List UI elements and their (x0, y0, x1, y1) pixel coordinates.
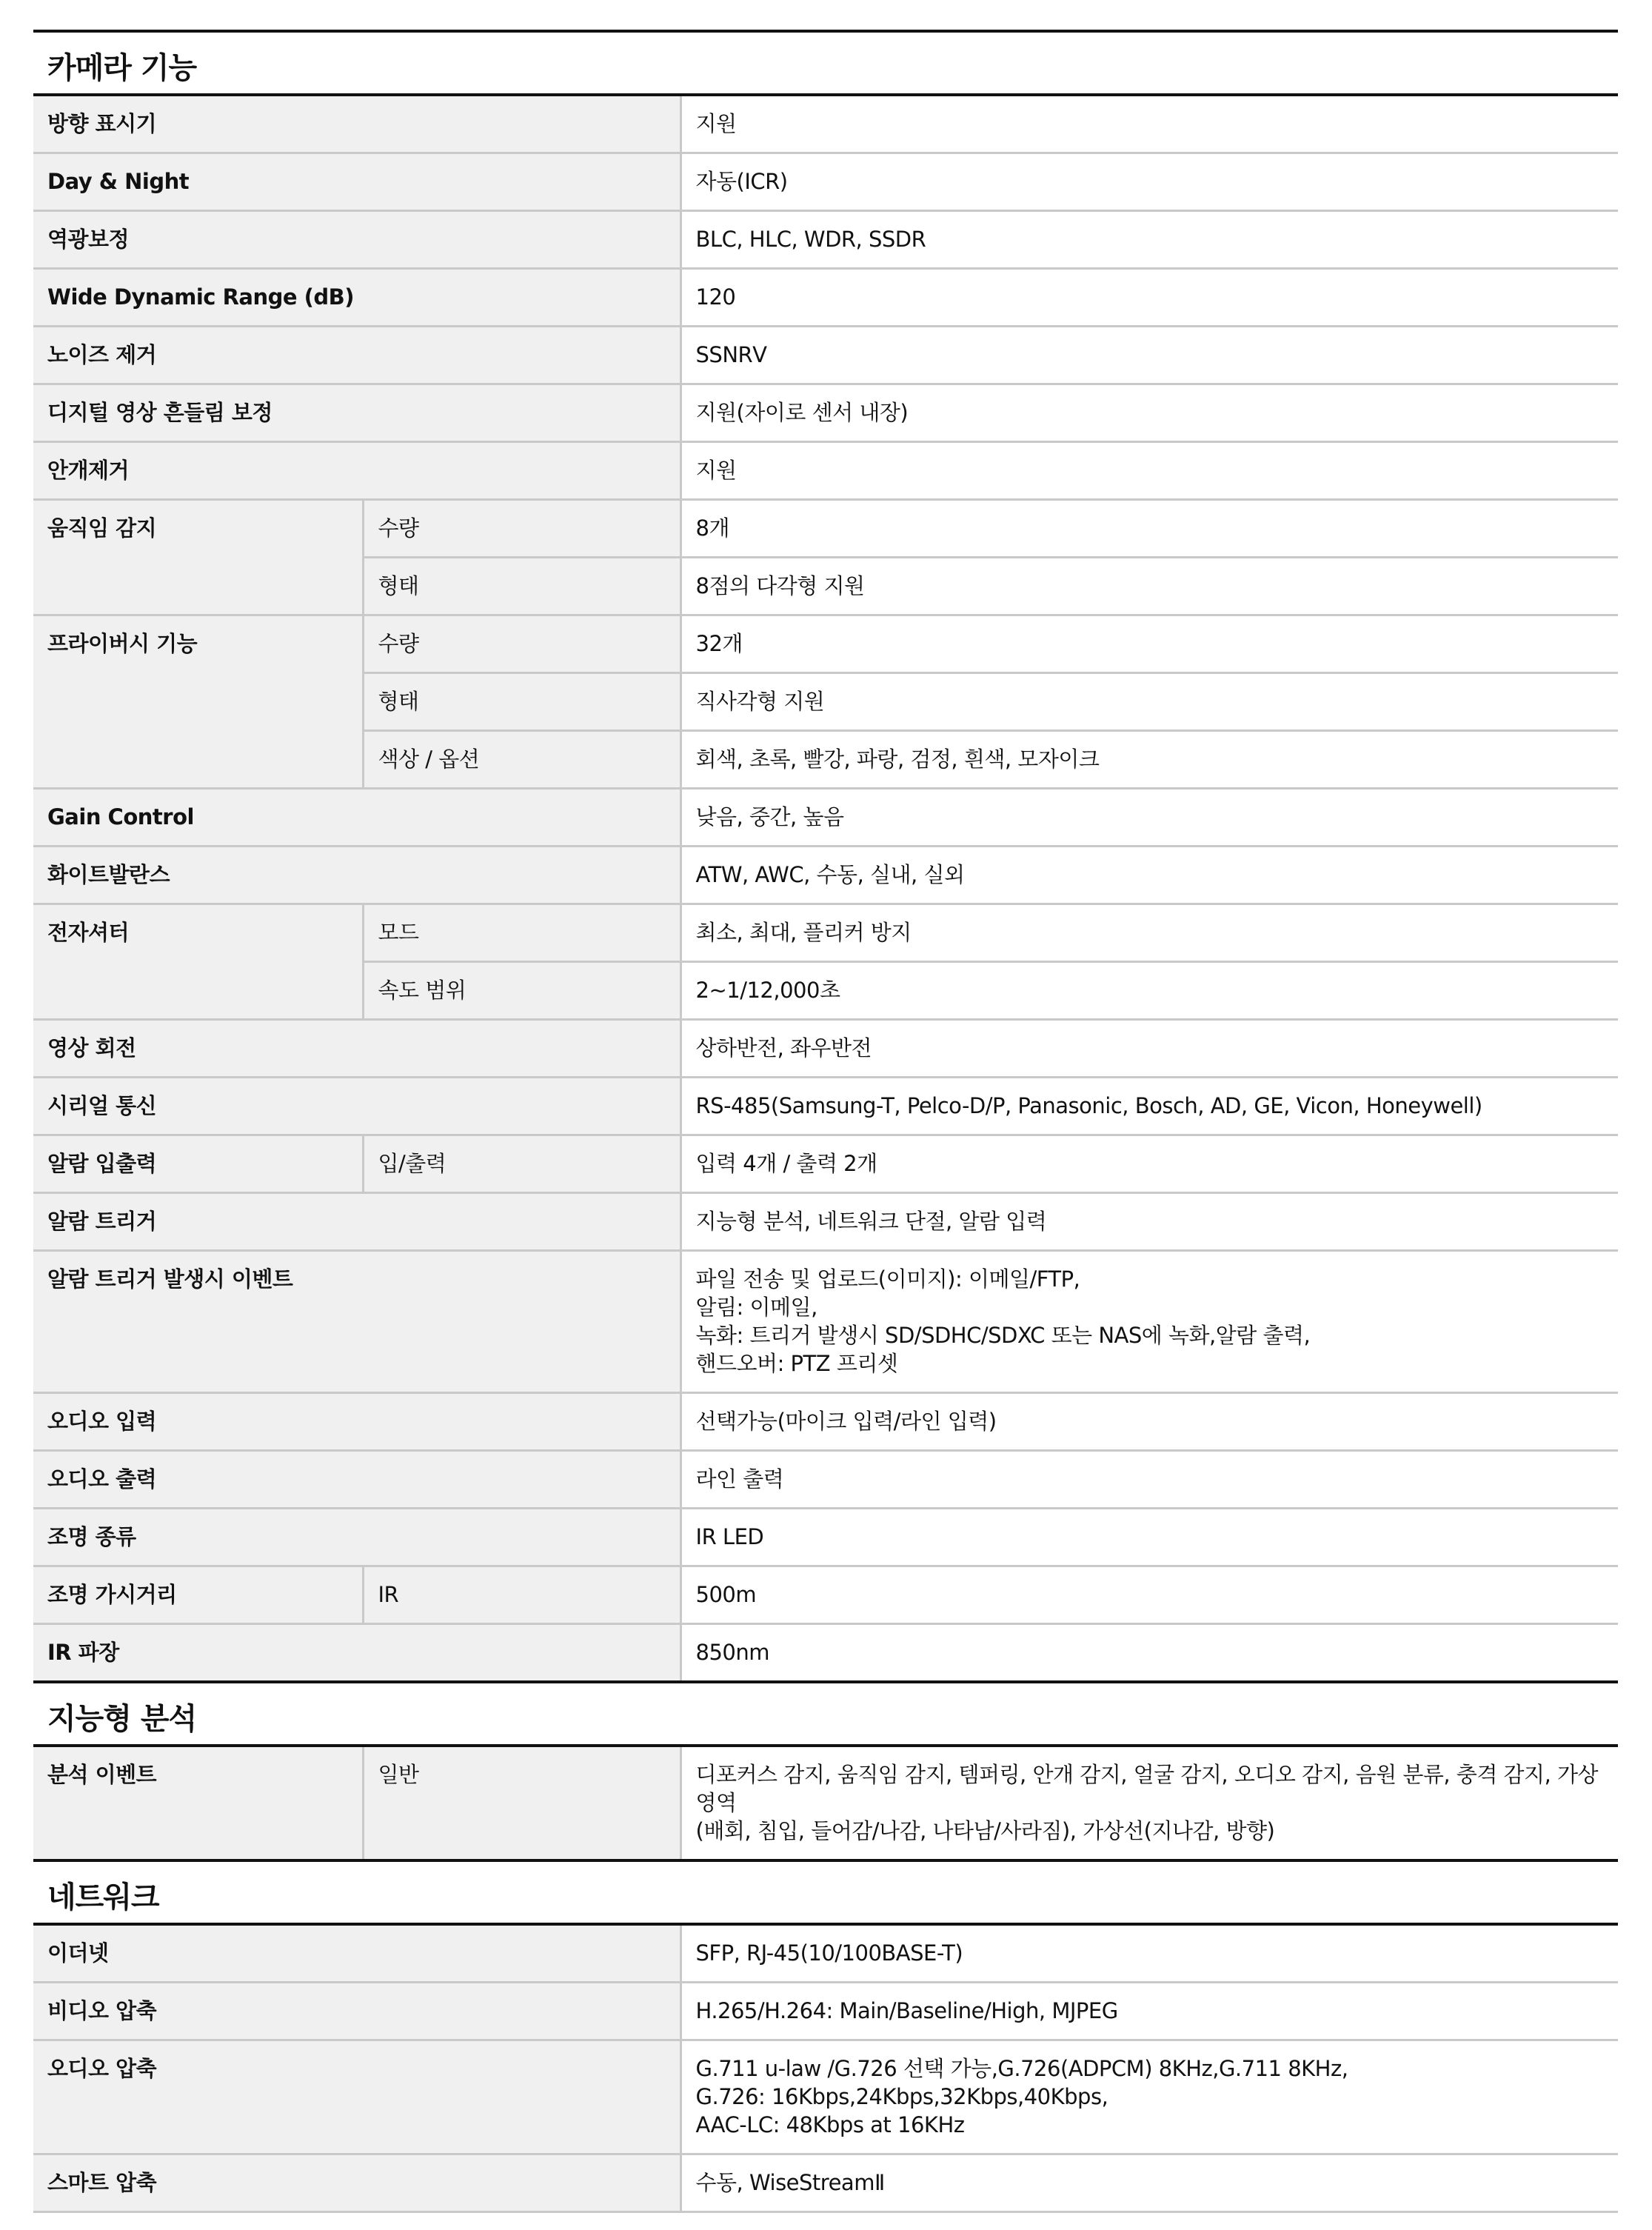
spec-value-line: G.726: 16Kbps,24Kbps,32Kbps,40Kbps, (696, 2083, 1605, 2111)
spec-value-line: ATW, AWC, 수동, 실내, 실외 (696, 861, 1605, 889)
spec-label: 방향 표시기 (33, 96, 680, 153)
spec-row: 비디오 압축H.265/H.264: Main/Baseline/High, M… (33, 1983, 1618, 2040)
spec-value-line: BLC, HLC, WDR, SSDR (696, 225, 1605, 253)
spec-row: 노이즈 제거SSNRⅤ (33, 327, 1618, 384)
spec-value: 8개 (680, 500, 1618, 558)
spec-sublabel: 형태 (363, 673, 680, 731)
spec-label: 역광보정 (33, 211, 680, 269)
spec-label: 노이즈 제거 (33, 327, 680, 384)
spec-label: Wide Dynamic Range (dB) (33, 269, 680, 327)
spec-value: 2~1/12,000초 (680, 962, 1618, 1020)
spec-value: 최소, 최대, 플리커 방지 (680, 904, 1618, 962)
spec-value-line: 낮음, 중간, 높음 (696, 803, 1605, 831)
spec-value-line: 120 (696, 283, 1605, 311)
spec-value-line: 8개 (696, 514, 1605, 542)
spec-value-line: 자동(ICR) (696, 167, 1605, 196)
spec-label: 비디오 압축 (33, 1983, 680, 2040)
spec-row: Wide Dynamic Range (dB)120 (33, 269, 1618, 327)
spec-value: 지능형 분석, 네트워크 단절, 알람 입력 (680, 1193, 1618, 1251)
spec-label: Day & Night (33, 153, 680, 211)
spec-value-line: SSNRⅤ (696, 341, 1605, 369)
spec-row: 시리얼 통신RS-485(Samsung-T, Pelco-D/P, Panas… (33, 1078, 1618, 1135)
spec-value-line: (배회, 침입, 들어감/나감, 나타남/사라짐), 가상선(지나감, 방향) (696, 1817, 1605, 1845)
spec-value-line: 32개 (696, 630, 1605, 658)
spec-value: 상하반전, 좌우반전 (680, 1020, 1618, 1078)
spec-value-line: 지원 (696, 456, 1605, 484)
spec-row: 안개제거지원 (33, 442, 1618, 500)
spec-sublabel: 수량 (363, 615, 680, 673)
spec-label: 조명 가시거리 (33, 1566, 363, 1624)
spec-row: 움직임 감지수량8개 (33, 500, 1618, 558)
spec-row: 오디오 입력선택가능(마이크 입력/라인 입력) (33, 1393, 1618, 1451)
section-title: 네트워크 (33, 1862, 1618, 1926)
spec-label: 알람 트리거 (33, 1193, 680, 1251)
spec-value-line: 선택가능(마이크 입력/라인 입력) (696, 1407, 1605, 1435)
spec-value: IR LED (680, 1509, 1618, 1566)
spec-row: 디지털 영상 흔들림 보정지원(자이로 센서 내장) (33, 384, 1618, 442)
spec-label: 오디오 출력 (33, 1451, 680, 1509)
spec-value-line: 지원(자이로 센서 내장) (696, 398, 1605, 427)
section-intelligent-analytics: 지능형 분석분석 이벤트일반디포커스 감지, 움직임 감지, 템퍼링, 안개 감… (33, 1680, 1618, 1859)
spec-label: 전자셔터 (33, 904, 363, 1020)
spec-value-line: 500m (696, 1580, 1605, 1609)
spec-value-line: 라인 출력 (696, 1465, 1605, 1493)
spec-value-line: 직사각형 지원 (696, 687, 1605, 715)
spec-row: IR 파장850nm (33, 1624, 1618, 1681)
spec-value: 회색, 초록, 빨강, 파랑, 검정, 흰색, 모자이크 (680, 731, 1618, 789)
spec-value-line: 알림: 이메일, (696, 1293, 1605, 1321)
spec-sublabel: 수량 (363, 500, 680, 558)
spec-sublabel: 형태 (363, 558, 680, 615)
spec-row: 이더넷SFP, RJ-45(10/100BASE-T) (33, 1926, 1618, 1983)
spec-label: 움직임 감지 (33, 500, 363, 615)
spec-value: 자동(ICR) (680, 153, 1618, 211)
spec-value-line: 핸드오버: PTZ 프리셋 (696, 1349, 1605, 1378)
spec-value: 지원 (680, 442, 1618, 500)
spec-value: BLC, HLC, WDR, SSDR (680, 211, 1618, 269)
spec-row: 알람 트리거지능형 분석, 네트워크 단절, 알람 입력 (33, 1193, 1618, 1251)
spec-row: 조명 종류IR LED (33, 1509, 1618, 1566)
spec-table: 이더넷SFP, RJ-45(10/100BASE-T)비디오 압축H.265/H… (33, 1926, 1618, 2213)
spec-value-line: 850nm (696, 1638, 1605, 1666)
spec-row: 분석 이벤트일반디포커스 감지, 움직임 감지, 템퍼링, 안개 감지, 얼굴 … (33, 1747, 1618, 1859)
spec-sublabel: 입/출력 (363, 1135, 680, 1193)
spec-row: 알람 입출력입/출력입력 4개 / 출력 2개 (33, 1135, 1618, 1193)
spec-label: 오디오 압축 (33, 2040, 680, 2154)
spec-value-line: 지능형 분석, 네트워크 단절, 알람 입력 (696, 1207, 1605, 1235)
spec-row: 화이트발란스ATW, AWC, 수동, 실내, 실외 (33, 847, 1618, 904)
spec-label: 스마트 압축 (33, 2154, 680, 2212)
spec-row: 조명 가시거리IR500m (33, 1566, 1618, 1624)
spec-value: H.265/H.264: Main/Baseline/High, MJPEG (680, 1983, 1618, 2040)
spec-value-line: 파일 전송 및 업로드(이미지): 이메일/FTP, (696, 1265, 1605, 1293)
spec-sublabel: 속도 범위 (363, 962, 680, 1020)
spec-row: 영상 회전상하반전, 좌우반전 (33, 1020, 1618, 1078)
spec-label: IR 파장 (33, 1624, 680, 1681)
spec-value-line: H.265/H.264: Main/Baseline/High, MJPEG (696, 1997, 1605, 2025)
spec-value-line: SFP, RJ-45(10/100BASE-T) (696, 1939, 1605, 1967)
spec-value-line: 최소, 최대, 플리커 방지 (696, 918, 1605, 947)
spec-row: 알람 트리거 발생시 이벤트파일 전송 및 업로드(이미지): 이메일/FTP,… (33, 1251, 1618, 1393)
spec-value-line: AAC-LC: 48Kbps at 16KHz (696, 2111, 1605, 2139)
spec-value: 500m (680, 1566, 1618, 1624)
spec-label: 알람 입출력 (33, 1135, 363, 1193)
spec-value-line: IR LED (696, 1523, 1605, 1551)
section-title: 카메라 기능 (33, 33, 1618, 96)
spec-sublabel: 일반 (363, 1747, 680, 1859)
spec-value-line: G.711 u-law /G.726 선택 가능,G.726(ADPCM) 8K… (696, 2054, 1605, 2083)
spec-value-line: 지원 (696, 110, 1605, 138)
spec-label: 시리얼 통신 (33, 1078, 680, 1135)
spec-value: SFP, RJ-45(10/100BASE-T) (680, 1926, 1618, 1983)
spec-row: 오디오 압축G.711 u-law /G.726 선택 가능,G.726(ADP… (33, 2040, 1618, 2154)
section-camera-features: 카메라 기능방향 표시기지원Day & Night자동(ICR)역광보정BLC,… (33, 30, 1618, 1680)
spec-value: 파일 전송 및 업로드(이미지): 이메일/FTP,알림: 이메일,녹화: 트리… (680, 1251, 1618, 1393)
spec-sheet: 카메라 기능방향 표시기지원Day & Night자동(ICR)역광보정BLC,… (33, 30, 1618, 2213)
spec-label: 영상 회전 (33, 1020, 680, 1078)
spec-label: 화이트발란스 (33, 847, 680, 904)
spec-value: 직사각형 지원 (680, 673, 1618, 731)
spec-table: 방향 표시기지원Day & Night자동(ICR)역광보정BLC, HLC, … (33, 96, 1618, 1680)
spec-value-line: 수동, WiseStreamⅡ (696, 2169, 1605, 2197)
spec-label: 알람 트리거 발생시 이벤트 (33, 1251, 680, 1393)
spec-sublabel: 색상 / 옵션 (363, 731, 680, 789)
spec-value: 수동, WiseStreamⅡ (680, 2154, 1618, 2212)
spec-label: 이더넷 (33, 1926, 680, 1983)
spec-value: 지원(자이로 센서 내장) (680, 384, 1618, 442)
spec-row: Day & Night자동(ICR) (33, 153, 1618, 211)
spec-label: 안개제거 (33, 442, 680, 500)
spec-value-line: 입력 4개 / 출력 2개 (696, 1149, 1605, 1178)
spec-value: 지원 (680, 96, 1618, 153)
spec-value-line: 디포커스 감지, 움직임 감지, 템퍼링, 안개 감지, 얼굴 감지, 오디오 … (696, 1760, 1605, 1817)
spec-row: 스마트 압축수동, WiseStreamⅡ (33, 2154, 1618, 2212)
spec-row: 역광보정BLC, HLC, WDR, SSDR (33, 211, 1618, 269)
spec-label: 분석 이벤트 (33, 1747, 363, 1859)
spec-value-line: 2~1/12,000초 (696, 976, 1605, 1004)
spec-value-line: 회색, 초록, 빨강, 파랑, 검정, 흰색, 모자이크 (696, 745, 1605, 773)
spec-row: 방향 표시기지원 (33, 96, 1618, 153)
spec-row: 전자셔터모드최소, 최대, 플리커 방지 (33, 904, 1618, 962)
spec-value-line: 8점의 다각형 지원 (696, 572, 1605, 600)
section-title: 지능형 분석 (33, 1683, 1618, 1747)
spec-label: 오디오 입력 (33, 1393, 680, 1451)
spec-row: 프라이버시 기능수량32개 (33, 615, 1618, 673)
spec-value: 낮음, 중간, 높음 (680, 789, 1618, 847)
spec-value: 디포커스 감지, 움직임 감지, 템퍼링, 안개 감지, 얼굴 감지, 오디오 … (680, 1747, 1618, 1859)
spec-value-line: RS-485(Samsung-T, Pelco-D/P, Panasonic, … (696, 1092, 1605, 1120)
spec-value: 라인 출력 (680, 1451, 1618, 1509)
spec-label: 프라이버시 기능 (33, 615, 363, 789)
spec-row: 오디오 출력라인 출력 (33, 1451, 1618, 1509)
spec-sublabel: 모드 (363, 904, 680, 962)
spec-row: Gain Control낮음, 중간, 높음 (33, 789, 1618, 847)
spec-label: Gain Control (33, 789, 680, 847)
spec-value: 850nm (680, 1624, 1618, 1681)
spec-value-line: 녹화: 트리거 발생시 SD/SDHC/SDXC 또는 NAS에 녹화,알람 출… (696, 1321, 1605, 1349)
spec-sublabel: IR (363, 1566, 680, 1624)
spec-table: 분석 이벤트일반디포커스 감지, 움직임 감지, 템퍼링, 안개 감지, 얼굴 … (33, 1747, 1618, 1859)
spec-label: 디지털 영상 흔들림 보정 (33, 384, 680, 442)
spec-value: ATW, AWC, 수동, 실내, 실외 (680, 847, 1618, 904)
spec-value: G.711 u-law /G.726 선택 가능,G.726(ADPCM) 8K… (680, 2040, 1618, 2154)
spec-value: 입력 4개 / 출력 2개 (680, 1135, 1618, 1193)
section-network: 네트워크이더넷SFP, RJ-45(10/100BASE-T)비디오 압축H.2… (33, 1859, 1618, 2213)
spec-value: SSNRⅤ (680, 327, 1618, 384)
spec-value: 120 (680, 269, 1618, 327)
spec-value: 32개 (680, 615, 1618, 673)
spec-value: 8점의 다각형 지원 (680, 558, 1618, 615)
spec-label: 조명 종류 (33, 1509, 680, 1566)
spec-value: RS-485(Samsung-T, Pelco-D/P, Panasonic, … (680, 1078, 1618, 1135)
spec-value: 선택가능(마이크 입력/라인 입력) (680, 1393, 1618, 1451)
spec-value-line: 상하반전, 좌우반전 (696, 1034, 1605, 1062)
